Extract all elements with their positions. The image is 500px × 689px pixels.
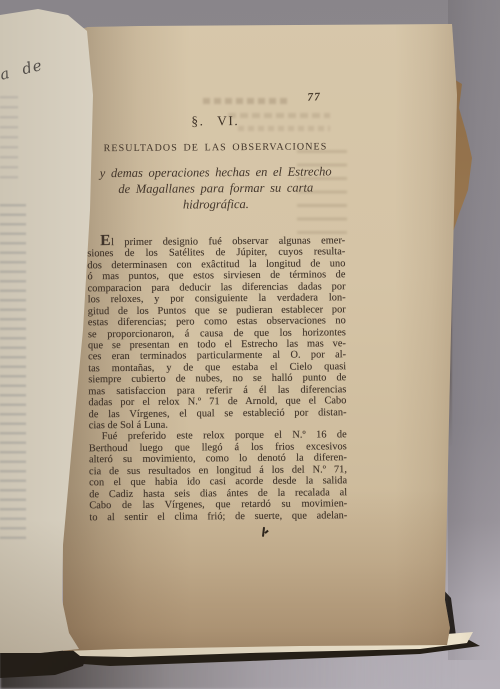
body-text: El primer designio fué observar algunas … <box>87 235 347 523</box>
subtitle-line: y demas operaciones hechas en el Estrech… <box>83 164 349 182</box>
subtitle: y demas operaciones hechas en el Estrech… <box>83 164 349 213</box>
page-number: 77 <box>292 91 337 107</box>
left-page-showthrough <box>0 96 18 181</box>
subtitle-line: hidrográfica. <box>83 196 349 214</box>
chapter-heading: RESULTADOS DE LAS OBSERVACIONES <box>82 141 348 156</box>
body-text-line: de las Vírgenes, el qual se estableció p… <box>89 407 347 420</box>
body-text-line: to al sentir el clima frió; de suerte, q… <box>89 510 347 523</box>
left-page-showthrough <box>0 204 26 544</box>
section-heading: §. VI. <box>86 112 344 132</box>
subtitle-line: de Magallanes para formar su carta <box>83 180 349 198</box>
signature-mark <box>259 526 268 540</box>
handwritten-note: a de <box>0 47 86 107</box>
open-book-photo: 77 §. VI. RESULTADOS DE LAS OBSERVACIONE… <box>0 0 500 689</box>
